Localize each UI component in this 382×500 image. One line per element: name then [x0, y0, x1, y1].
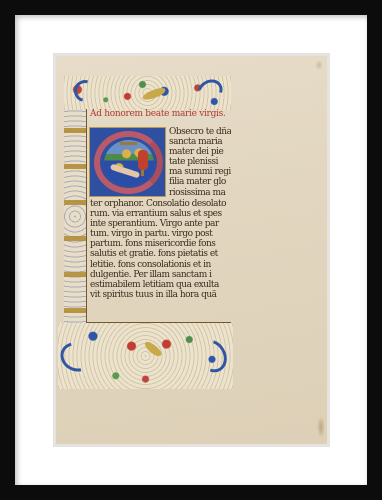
- decorated-border-left: [64, 110, 86, 323]
- text-line: letitie. fons consolationis et in: [90, 260, 231, 270]
- text-line: rum. via errantium salus et spes: [90, 209, 231, 219]
- acanthus-scroll-icon: [191, 334, 232, 377]
- text-line: vit spiritus tuus in illa hora quã: [90, 290, 231, 300]
- manuscript-leaf: Ad honorem beate marie virgis. Obsecro t…: [56, 56, 327, 444]
- text-line: partum. fons misericordie fons: [90, 239, 231, 249]
- acanthus-scroll-icon: [193, 75, 227, 107]
- acanthus-scroll-icon: [55, 337, 97, 377]
- text-block: Ad honorem beate marie virgis. Obsecro t…: [86, 109, 231, 323]
- text-line: inte sperantium. Virgo ante par: [90, 219, 231, 229]
- text-line: mater dei pie: [169, 147, 231, 157]
- text-line: tate plenissi: [169, 157, 231, 167]
- text-line: sancta maria: [169, 137, 231, 147]
- text-line: Obsecro te dña: [169, 127, 231, 137]
- stain-mark: [317, 416, 325, 438]
- text-line: estimabilem letitiam qua exulta: [90, 280, 231, 290]
- cross-bar: [120, 142, 137, 145]
- text-line: salutis et gratie. fons pietatis et: [90, 249, 231, 259]
- stain-mark: [315, 60, 323, 70]
- picture-frame: Ad honorem beate marie virgis. Obsecro t…: [0, 0, 382, 500]
- text-line: dulgentie. Per illam sanctam i: [90, 270, 231, 280]
- historiated-initial: [89, 127, 166, 197]
- text-line: ma summi regi: [169, 167, 231, 177]
- text-line: tum. virgo in partu. virgo post: [90, 229, 231, 239]
- decorated-border-top: [64, 76, 231, 110]
- rubric-heading: Ad honorem beate marie virgis.: [90, 109, 230, 120]
- decorated-border-bottom: [58, 323, 233, 389]
- text-line: riosissima ma: [169, 188, 231, 198]
- acanthus-scroll-icon: [70, 76, 100, 106]
- text-line: filia mater glo: [169, 177, 231, 187]
- bird-icon: [141, 86, 166, 102]
- saint-john-figure: [138, 150, 148, 170]
- text-column-beside-initial: Obsecro te dña sancta maria mater dei pi…: [169, 127, 231, 198]
- text-column-full: ter orphanor. Consolatio desolato rum. v…: [90, 199, 231, 300]
- text-line: ter orphanor. Consolatio desolato: [90, 199, 231, 209]
- bird-icon: [143, 340, 163, 359]
